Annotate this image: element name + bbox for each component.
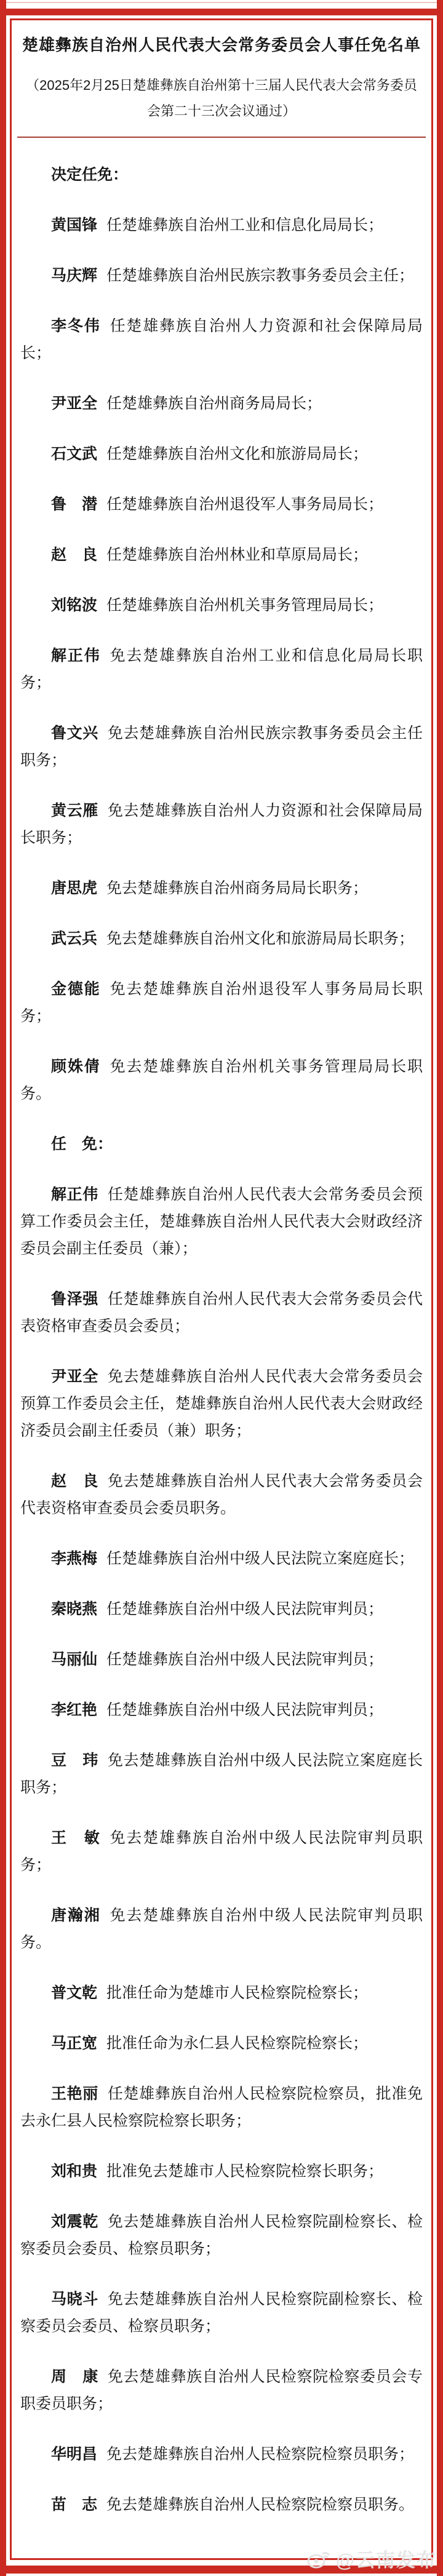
personnel-item: 黄国锋任楚雄彝族自治州工业和信息化局局长； — [20, 212, 423, 239]
person-name: 王 敏 — [51, 1829, 101, 1847]
frame-band-left — [0, 0, 6, 2576]
personnel-item: 顾姝倩免去楚雄彝族自治州机关事务管理局局长职务。 — [20, 1053, 423, 1107]
person-name: 普文乾 — [51, 1984, 97, 2002]
person-name: 李燕梅 — [51, 1550, 97, 1567]
header-divider — [17, 137, 426, 138]
personnel-item: 王艳丽任楚雄彝族自治州人民检察院检察员，批准免去永仁县人民检察院检察长职务； — [20, 2080, 423, 2134]
appointment-action: 任楚雄彝族自治州文化和旅游局局长； — [106, 445, 368, 463]
document-content: 楚雄彝族自治州人民代表大会常务委员会人事任免名单 （2025年2月25日楚雄彝族… — [20, 18, 423, 2542]
personnel-item: 豆 玮免去楚雄彝族自治州中级人民法院立案庭庭长职务； — [20, 1747, 423, 1801]
appointment-action: 任楚雄彝族自治州机关事务管理局局长； — [106, 597, 383, 614]
person-name: 刘震乾 — [51, 2213, 98, 2230]
frame-band-right — [437, 0, 443, 2576]
personnel-item: 刘铭波任楚雄彝族自治州机关事务管理局局长； — [20, 592, 423, 619]
person-name: 苗 志 — [51, 2496, 97, 2513]
personnel-item: 马正宽批准任命为永仁县人民检察院检察长； — [20, 2030, 423, 2057]
appointment-action: 任楚雄彝族自治州工业和信息化局局长； — [106, 217, 383, 234]
frame-band-top — [0, 9, 443, 15]
personnel-item: 李燕梅任楚雄彝族自治州中级人民法院立案庭庭长； — [20, 1545, 423, 1572]
personnel-item: 唐思虎免去楚雄彝族自治州商务局局长职务； — [20, 875, 423, 902]
appointment-action: 任楚雄彝族自治州中级人民法院审判员； — [106, 1701, 383, 1719]
personnel-item: 秦晓燕任楚雄彝族自治州中级人民法院审判员； — [20, 1596, 423, 1623]
person-name: 鲁文兴 — [51, 725, 98, 742]
person-name: 解正伟 — [51, 647, 101, 664]
person-name: 赵 良 — [51, 1473, 98, 1490]
person-name: 王艳丽 — [51, 2085, 98, 2102]
person-name: 顾姝倩 — [51, 1058, 101, 1075]
appointment-action: 免去楚雄彝族自治州人民检察院检察员职务。 — [106, 2496, 414, 2513]
personnel-item: 苗 志免去楚雄彝族自治州人民检察院检察员职务。 — [20, 2491, 423, 2518]
person-name: 鲁 潜 — [51, 496, 97, 513]
personnel-item: 周 康免去楚雄彝族自治州人民检察院检察委员会专职委员职务； — [20, 2363, 423, 2417]
appointment-action: 批准任命为楚雄市人民检察院检察长； — [106, 1984, 368, 2002]
section-heading: 决定任免： — [20, 161, 423, 188]
person-name: 秦晓燕 — [51, 1600, 97, 1618]
person-name: 鲁泽强 — [51, 1290, 98, 1308]
appointment-action: 任楚雄彝族自治州中级人民法院审判员； — [106, 1651, 383, 1668]
personnel-item: 李冬伟任楚雄彝族自治州人力资源和社会保障局局长； — [20, 312, 423, 367]
person-name: 马庆辉 — [51, 267, 97, 284]
person-name: 刘铭波 — [51, 597, 97, 614]
person-name: 唐瀚湘 — [51, 1907, 101, 1924]
person-name: 李冬伟 — [51, 317, 101, 335]
personnel-item: 鲁文兴免去楚雄彝族自治州民族宗教事务委员会主任职务； — [20, 720, 423, 774]
personnel-item: 马丽仙任楚雄彝族自治州中级人民法院审判员； — [20, 1646, 423, 1673]
personnel-item: 华明昌免去楚雄彝族自治州人民检察院检察员职务； — [20, 2441, 423, 2468]
personnel-item: 刘和贵批准免去楚雄市人民检察院检察长职务； — [20, 2158, 423, 2185]
personnel-item: 马庆辉任楚雄彝族自治州民族宗教事务委员会主任； — [20, 262, 423, 289]
appointment-action: 批准免去楚雄市人民检察院检察长职务； — [106, 2163, 383, 2180]
person-name: 尹亚全 — [51, 1368, 98, 1385]
personnel-item: 尹亚全任楚雄彝族自治州商务局局长； — [20, 390, 423, 417]
person-name: 金德能 — [51, 980, 101, 998]
personnel-item: 鲁泽强任楚雄彝族自治州人民代表大会常务委员会代表资格审查委员会委员； — [20, 1286, 423, 1340]
document-subtitle: （2025年2月25日楚雄彝族自治州第十三届人民代表大会常务委员会第二十三次会议… — [20, 73, 423, 124]
personnel-item: 金德能免去楚雄彝族自治州退役军人事务局局长职务； — [20, 976, 423, 1030]
appointment-action: 任楚雄彝族自治州退役军人事务局局长； — [106, 496, 383, 513]
person-name: 豆 玮 — [51, 1752, 98, 1769]
person-name: 马正宽 — [51, 2035, 97, 2052]
personnel-item: 王 敏免去楚雄彝族自治州中级人民法院审判员职务； — [20, 1824, 423, 1878]
section-heading: 任 免： — [20, 1131, 423, 1158]
top-hairline — [0, 2, 443, 3]
personnel-item: 解正伟任楚雄彝族自治州人民代表大会常务委员会预算工作委员会主任，楚雄彝族自治州人… — [20, 1181, 423, 1262]
personnel-item: 赵 良免去楚雄彝族自治州人民代表大会常务委员会代表资格审查委员会委员职务。 — [20, 1468, 423, 1522]
appointment-action: 免去楚雄彝族自治州商务局局长职务； — [106, 880, 368, 897]
person-name: 黄国锋 — [51, 217, 97, 234]
appointment-action: 免去楚雄彝族自治州文化和旅游局局长职务； — [106, 930, 414, 947]
person-name: 武云兵 — [51, 930, 97, 947]
personnel-item: 鲁 潜任楚雄彝族自治州退役军人事务局局长； — [20, 491, 423, 518]
person-name: 唐思虎 — [51, 880, 97, 897]
appointment-action: 任楚雄彝族自治州民族宗教事务委员会主任； — [106, 267, 414, 284]
appointment-action: 任楚雄彝族自治州中级人民法院立案庭庭长； — [106, 1550, 414, 1567]
person-name: 赵 良 — [51, 546, 97, 563]
personnel-item: 赵 良任楚雄彝族自治州林业和草原局局长； — [20, 541, 423, 568]
appointment-action: 任楚雄彝族自治州中级人民法院审判员； — [106, 1600, 383, 1618]
personnel-item: 尹亚全免去楚雄彝族自治州人民代表大会常务委员会预算工作委员会主任，楚雄彝族自治州… — [20, 1363, 423, 1444]
announcement-page: 楚雄彝族自治州人民代表大会常务委员会人事任免名单 （2025年2月25日楚雄彝族… — [0, 0, 443, 2576]
document-title: 楚雄彝族自治州人民代表大会常务委员会人事任免名单 — [20, 33, 423, 57]
appointment-action: 免去楚雄彝族自治州人民检察院检察员职务； — [106, 2446, 414, 2463]
person-name: 周 康 — [51, 2368, 98, 2385]
personnel-item: 石文武任楚雄彝族自治州文化和旅游局局长； — [20, 440, 423, 467]
appointment-action: 任楚雄彝族自治州商务局局长； — [106, 395, 322, 412]
person-name: 刘和贵 — [51, 2163, 97, 2180]
person-name: 尹亚全 — [51, 395, 97, 412]
personnel-item: 马晓斗免去楚雄彝族自治州人民检察院副检察长、检察委员会委员、检察员职务； — [20, 2286, 423, 2340]
personnel-item: 刘震乾免去楚雄彝族自治州人民检察院副检察长、检察委员会委员、检察员职务； — [20, 2208, 423, 2262]
personnel-item: 黄云雁免去楚雄彝族自治州人力资源和社会保障局局长职务； — [20, 797, 423, 851]
person-name: 马丽仙 — [51, 1651, 97, 1668]
sections: 决定任免：黄国锋任楚雄彝族自治州工业和信息化局局长；马庆辉任楚雄彝族自治州民族宗… — [20, 161, 423, 2518]
personnel-item: 武云兵免去楚雄彝族自治州文化和旅游局局长职务； — [20, 925, 423, 952]
person-name: 解正伟 — [51, 1186, 98, 1203]
frame-band-bottom — [0, 2566, 443, 2574]
personnel-item: 唐瀚湘免去楚雄彝族自治州中级人民法院审判员职务。 — [20, 1902, 423, 1956]
person-name: 马晓斗 — [51, 2291, 98, 2308]
personnel-item: 普文乾批准任命为楚雄市人民检察院检察长； — [20, 1979, 423, 2006]
appointment-action: 批准任命为永仁县人民检察院检察长； — [106, 2035, 368, 2052]
personnel-item: 解正伟免去楚雄彝族自治州工业和信息化局局长职务； — [20, 642, 423, 696]
person-name: 黄云雁 — [51, 802, 98, 819]
personnel-item: 李红艳任楚雄彝族自治州中级人民法院审判员； — [20, 1696, 423, 1723]
person-name: 华明昌 — [51, 2446, 97, 2463]
person-name: 李红艳 — [51, 1701, 97, 1719]
appointment-action: 任楚雄彝族自治州林业和草原局局长； — [106, 546, 368, 563]
person-name: 石文武 — [51, 445, 97, 463]
